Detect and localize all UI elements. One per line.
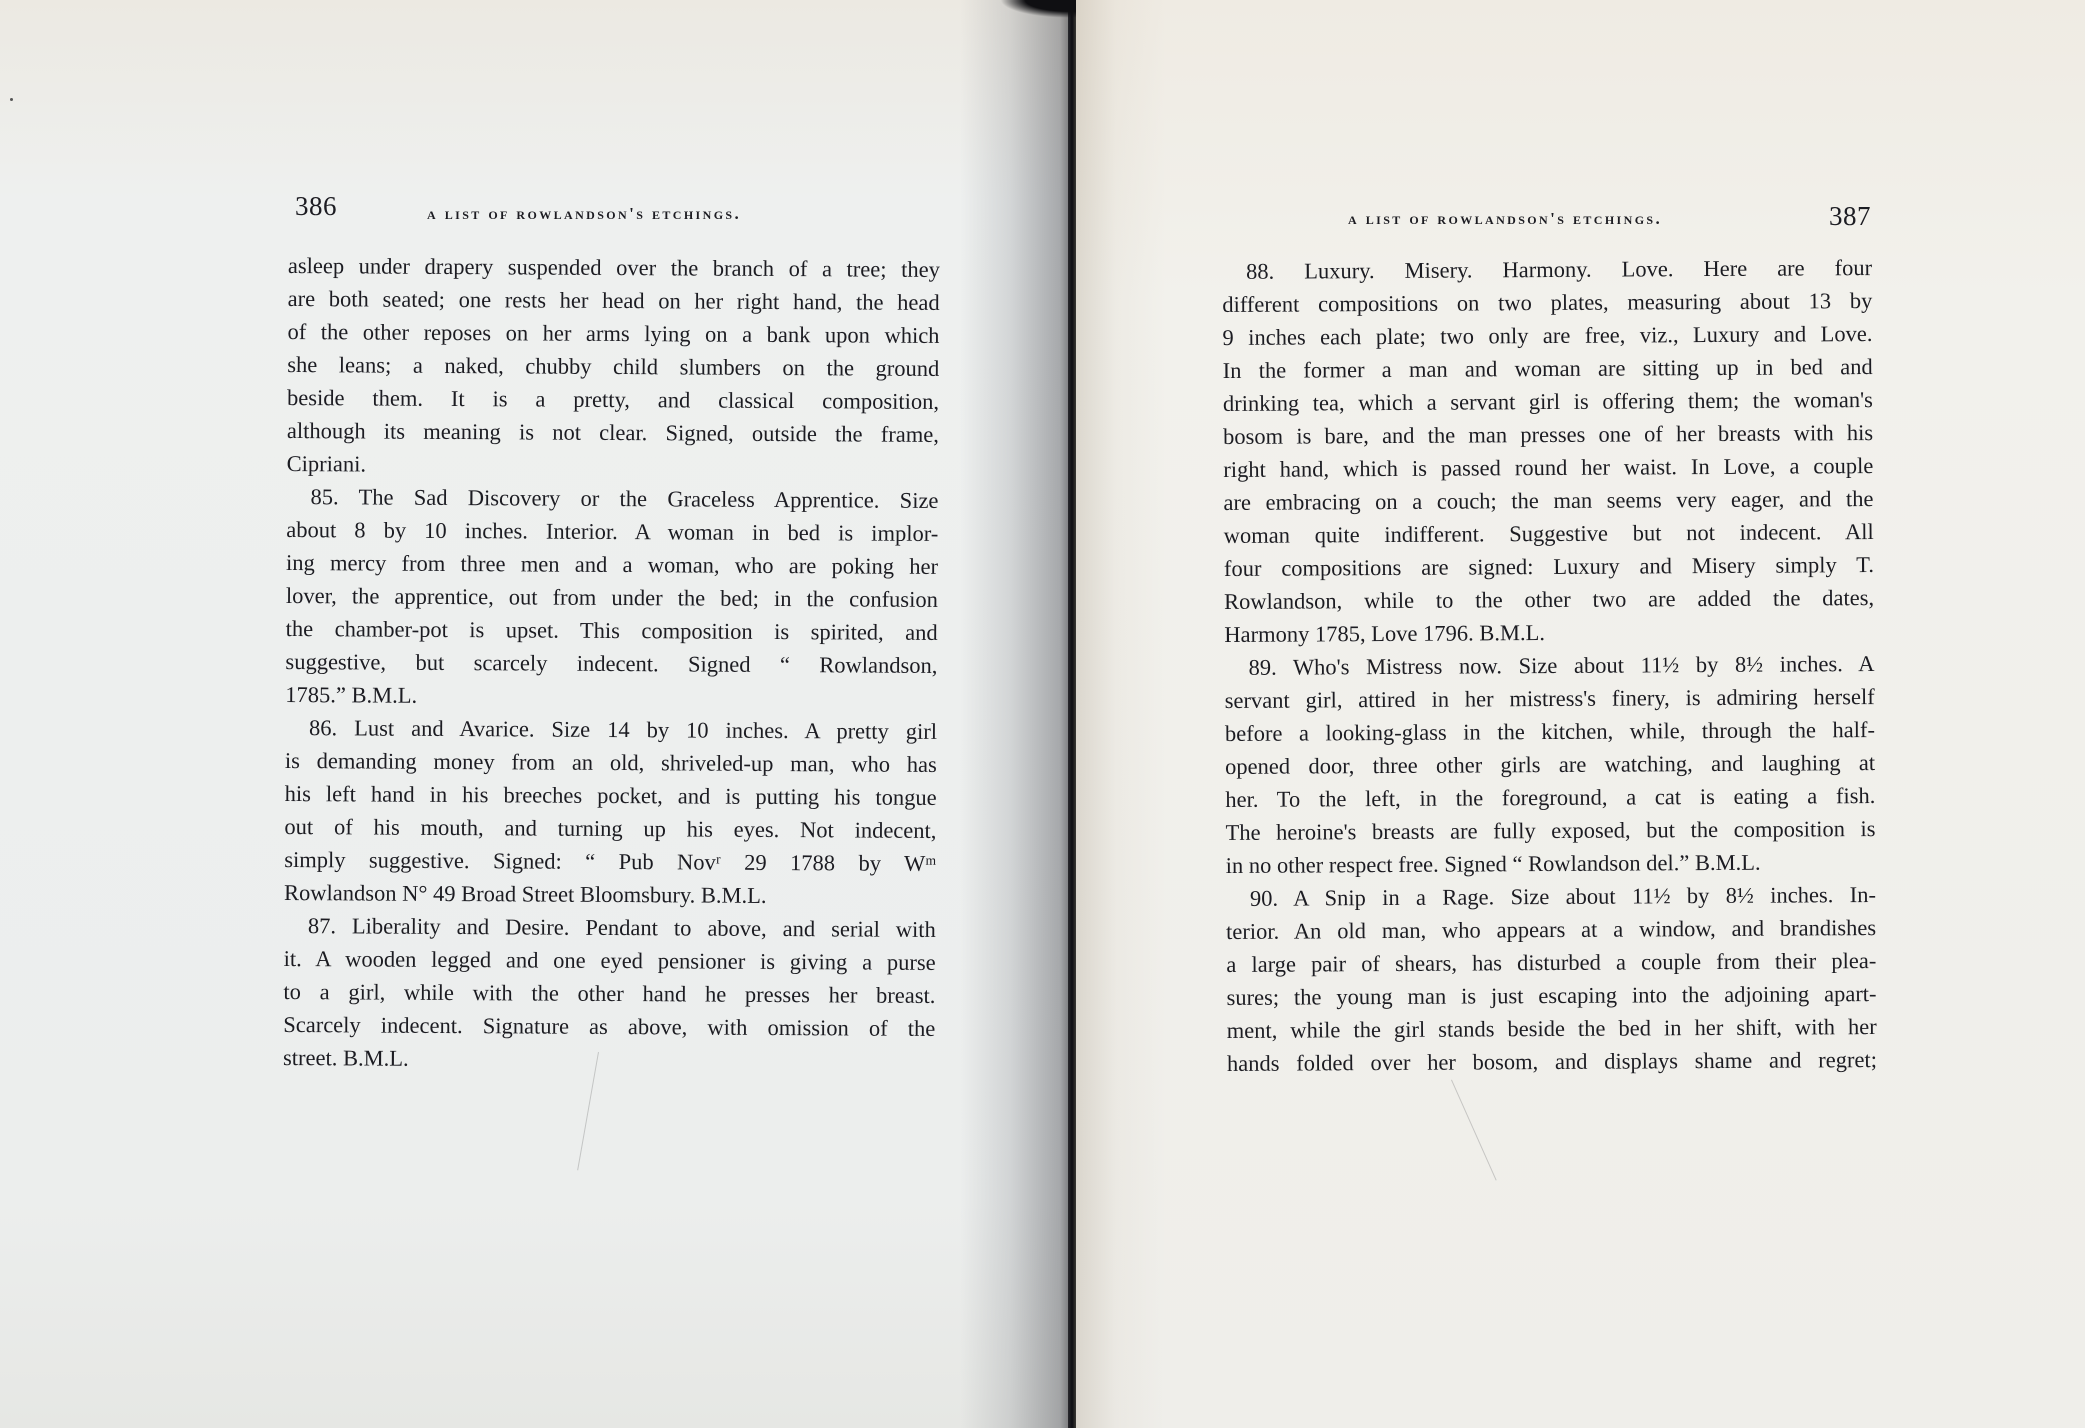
- text-line: Rowlandson N° 49 Broad Street Bloomsbury…: [284, 876, 936, 913]
- text-line: it. A wooden legged and one eyed pension…: [284, 942, 936, 979]
- paper-crease: [1451, 1080, 1497, 1181]
- text-line: out of his mouth, and turning up his eye…: [284, 810, 936, 847]
- text-line: 89. Who's Mistress now. Size about 11½ b…: [1224, 647, 1874, 684]
- text-line: 87. Liberality and Desire. Pendant to ab…: [284, 909, 936, 946]
- text-line: 9 inches each plate; two only are free, …: [1222, 317, 1872, 354]
- text-line: his left hand in his breeches pocket, an…: [285, 777, 937, 814]
- text-line: before a looking-glass in the kitchen, w…: [1225, 713, 1875, 750]
- text-line: to a girl, while with the other hand he …: [283, 975, 935, 1012]
- text-line: Scarcely indecent. Signature as above, w…: [283, 1008, 935, 1045]
- running-head: A LIST OF ROWLANDSON'S ETCHINGS.: [1348, 210, 1662, 227]
- right-page-body: 88. Luxury. Misery. Harmony. Love. Here …: [1222, 251, 1877, 1080]
- left-page-body: asleep under drapery suspended over the …: [283, 249, 940, 1078]
- text-line: suggestive, but scarcely indecent. Signe…: [285, 645, 937, 682]
- text-line: a large pair of shears, has disturbed a …: [1226, 944, 1876, 981]
- text-line: are embracing on a couch; the man seems …: [1223, 482, 1873, 519]
- text-line: street. B.M.L.: [283, 1041, 935, 1078]
- text-line: 90. A Snip in a Rage. Size about 11½ by …: [1226, 878, 1876, 915]
- text-line: right hand, which is passed round her wa…: [1223, 449, 1873, 486]
- text-line: woman quite indifferent. Suggestive but …: [1224, 515, 1874, 552]
- text-line: are both seated; one rests her head on h…: [288, 282, 940, 319]
- text-line: beside them. It is a pretty, and classic…: [287, 381, 939, 418]
- text-line: of the other reposes on her arms lying o…: [287, 315, 939, 352]
- text-line: lover, the apprentice, out from under th…: [286, 579, 938, 616]
- text-line: 86. Lust and Avarice. Size 14 by 10 inch…: [285, 711, 937, 748]
- running-head: A LIST OF ROWLANDSON'S ETCHINGS.: [427, 205, 741, 222]
- text-line: Harmony 1785, Love 1796. B.M.L.: [1224, 614, 1874, 651]
- text-line: simply suggestive. Signed: “ Pub Novʳ 29…: [284, 843, 936, 880]
- page-number: 386: [295, 193, 337, 220]
- text-line: opened door, three other girls are watch…: [1225, 746, 1875, 783]
- text-line: four compositions are signed: Luxury and…: [1224, 548, 1874, 585]
- text-line: sures; the young man is just escaping in…: [1226, 977, 1876, 1014]
- text-line: asleep under drapery suspended over the …: [288, 249, 940, 286]
- text-line: her. To the left, in the foreground, a c…: [1225, 779, 1875, 816]
- text-line: bosom is bare, and the man presses one o…: [1223, 416, 1873, 453]
- text-line: Rowlandson, while to the other two are a…: [1224, 581, 1874, 618]
- text-line: Cipriani.: [287, 447, 939, 484]
- text-line: different compositions on two plates, me…: [1222, 284, 1872, 321]
- left-page: 386 A LIST OF ROWLANDSON'S ETCHINGS. asl…: [0, 0, 1072, 1428]
- book-spine: [1068, 0, 1076, 1428]
- text-line: drinking tea, which a servant girl is of…: [1223, 383, 1873, 420]
- text-line: hands folded over her bosom, and display…: [1227, 1043, 1877, 1080]
- text-line: terior. An old man, who appears at a win…: [1226, 911, 1876, 948]
- text-line: 88. Luxury. Misery. Harmony. Love. Here …: [1222, 251, 1872, 288]
- text-line: The heroine's breasts are fully exposed,…: [1225, 812, 1875, 849]
- page-number: 387: [1829, 203, 1871, 230]
- text-line: servant girl, attired in her mistress's …: [1225, 680, 1875, 717]
- text-line: although its meaning is not clear. Signe…: [287, 414, 939, 451]
- text-line: 1785.” B.M.L.: [285, 678, 937, 715]
- text-line: ment, while the girl stands beside the b…: [1227, 1010, 1877, 1047]
- text-line: she leans; a naked, chubby child slumber…: [287, 348, 939, 385]
- text-line: in no other respect free. Signed “ Rowla…: [1226, 845, 1876, 882]
- text-line: about 8 by 10 inches. Interior. A woman …: [286, 513, 938, 550]
- paper-speck: [10, 98, 13, 101]
- text-line: is demanding money from an old, shrivele…: [285, 744, 937, 781]
- right-page: A LIST OF ROWLANDSON'S ETCHINGS. 387 88.…: [1076, 0, 2085, 1428]
- text-line: the chamber-pot is upset. This compositi…: [286, 612, 938, 649]
- text-line: In the former a man and woman are sittin…: [1223, 350, 1873, 387]
- text-line: 85. The Sad Discovery or the Graceless A…: [286, 480, 938, 517]
- text-line: ing mercy from three men and a woman, wh…: [286, 546, 938, 583]
